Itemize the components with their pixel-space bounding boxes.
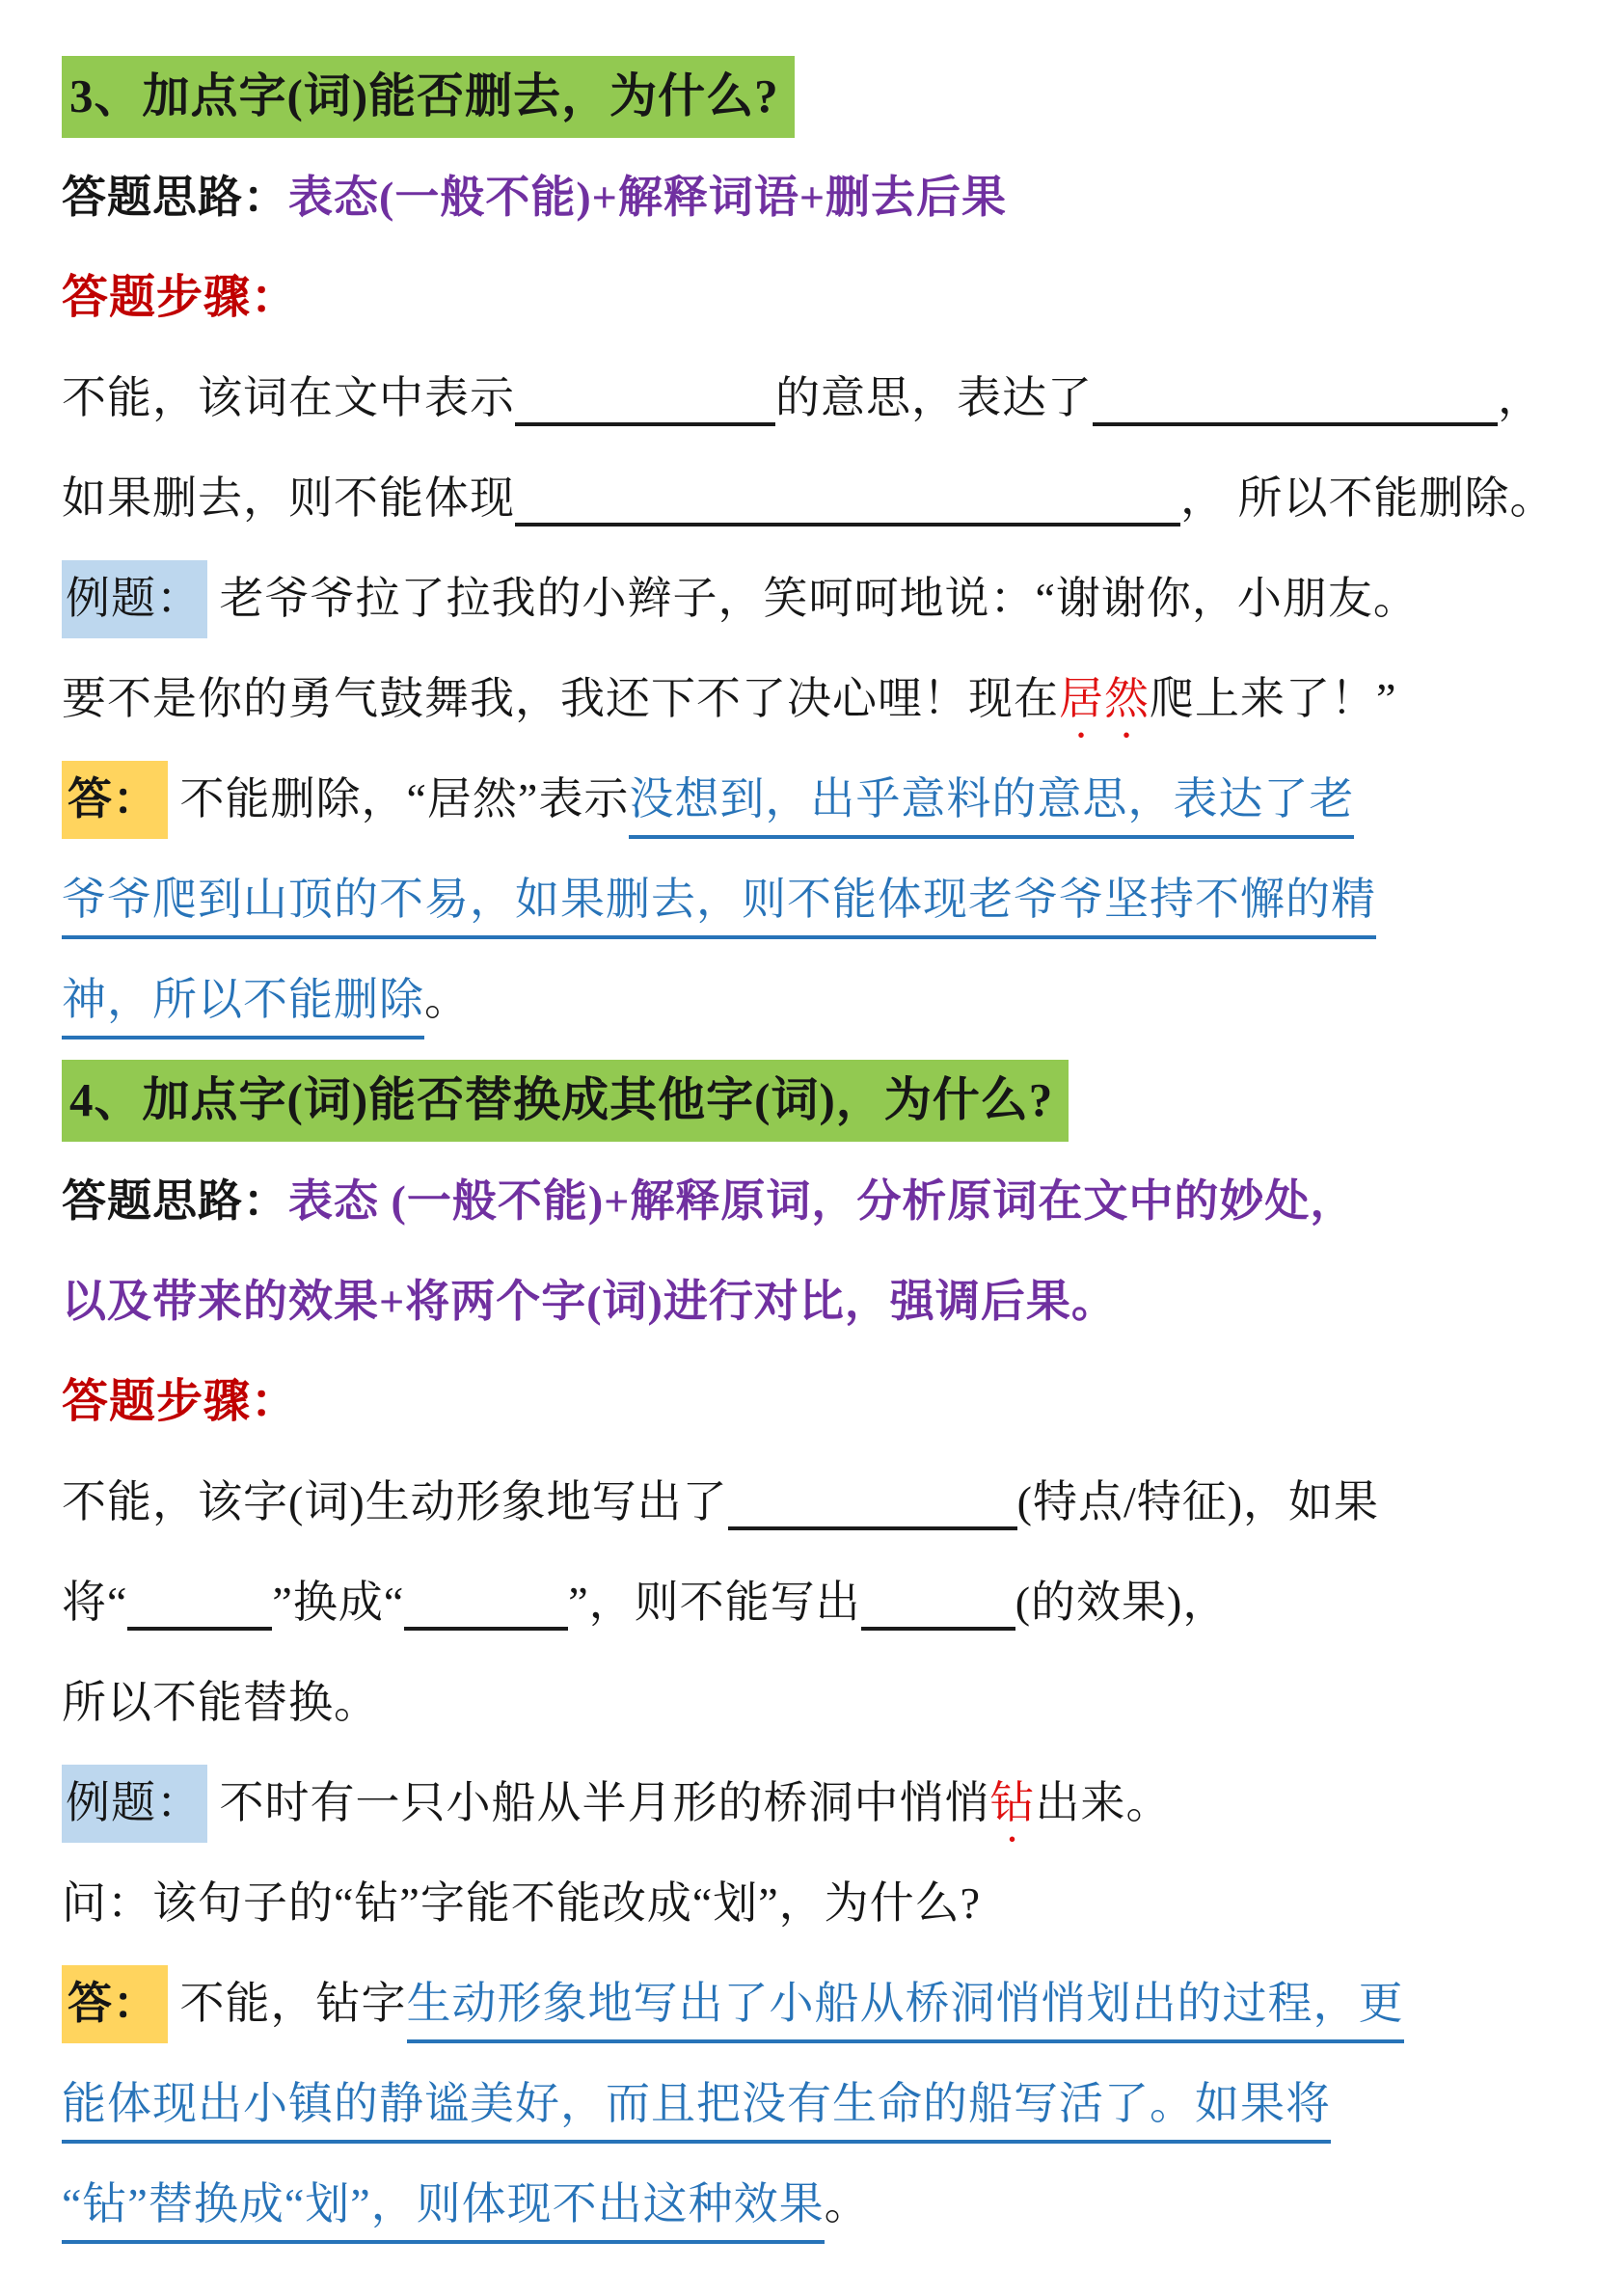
- section-3-heading-line: 3、加点字(词)能否删去，为什么?: [62, 46, 1566, 148]
- idea-text: 以及带来的效果+将两个字(词)进行对比，强调后果。: [62, 1277, 1117, 1326]
- answer-label: 答：: [62, 761, 168, 839]
- answer-label: 答：: [62, 1965, 168, 2043]
- template-text: 如果删去，则不能体现: [62, 473, 515, 523]
- section-4-answer-line-3: “钻”替换成“划”，则体现不出这种效果。: [62, 2154, 1566, 2254]
- section-3-answer-line-1: 答： 不能删除，“居然”表示没想到，出乎意料的意思，表达了老: [62, 749, 1566, 850]
- blank-underline: [404, 1586, 568, 1631]
- question-text: 问：该句子的“钻”字能不能改成“划”，为什么?: [62, 1878, 981, 1928]
- section-3-answer-line-2: 爷爷爬到山顶的不易，如果删去，则不能体现老爷爷坚持不懈的精: [62, 850, 1566, 950]
- answer-end-punctuation: 。: [424, 975, 470, 1024]
- blank-underline: [515, 382, 775, 426]
- template-text: 的意思，表达了: [775, 373, 1093, 422]
- section-3-example-line-2: 要不是你的勇气鼓舞我，我还下不了决心哩！现在居然爬上来了！”: [62, 649, 1566, 749]
- answer-end-punctuation: 。: [825, 2179, 870, 2228]
- template-text: 所以不能替换。: [62, 1678, 379, 1727]
- example-label: 例题：: [62, 1765, 207, 1843]
- template-text: 不能，该字(词)生动形象地写出了: [62, 1477, 728, 1526]
- example-text: 爬上来了！”: [1150, 674, 1396, 723]
- section-4-example-line: 例题： 不时有一只小船从半月形的桥洞中悄悄钻出来。: [62, 1753, 1566, 1853]
- section-3-heading: 3、加点字(词)能否删去，为什么?: [62, 56, 795, 138]
- section-4-heading-line: 4、加点字(词)能否替换成其他字(词)，为什么?: [62, 1050, 1566, 1151]
- section-3-template-line-1: 不能，该词在文中表示的意思，表达了，: [62, 348, 1566, 448]
- section-3-template-line-2: 如果删去，则不能体现， 所以不能删除。: [62, 448, 1566, 549]
- answer-blue-text: 爷爷爬到山顶的不易，如果删去，则不能体现老爷爷坚持不懈的精: [62, 875, 1376, 939]
- answer-intro: 不能删除，“居然”表示: [180, 774, 630, 823]
- example-text: 不时有一只小船从半月形的桥洞中悄悄: [220, 1778, 990, 1827]
- answer-blue-text: 神，所以不能删除: [62, 975, 424, 1039]
- steps-label: 答题步骤：: [62, 272, 298, 323]
- template-text: ”换成“: [272, 1578, 404, 1627]
- answer-blue-text: 能体现出小镇的静谧美好，而且把没有生命的船写活了。如果将: [62, 2079, 1331, 2144]
- blank-underline: [515, 482, 1180, 526]
- template-text: ”，则不能写出: [568, 1578, 860, 1627]
- blank-underline: [1093, 382, 1498, 426]
- blank-underline: [728, 1486, 1017, 1530]
- idea-label: 答题思路：: [62, 173, 288, 222]
- idea-label: 答题思路：: [62, 1176, 288, 1226]
- section-4-answer-line-2: 能体现出小镇的静谧美好，而且把没有生命的船写活了。如果将: [62, 2054, 1566, 2154]
- example-text: 出来。: [1036, 1778, 1172, 1827]
- emphasized-word: 居然: [1059, 674, 1150, 723]
- answer-blue-text: “钻”替换成“划”，则体现不出这种效果: [62, 2179, 825, 2244]
- answer-blue-text: 没想到，出乎意料的意思，表达了老: [629, 774, 1354, 839]
- section-3-idea-line: 答题思路：表态(一般不能)+解释词语+删去后果: [62, 148, 1566, 248]
- section-3-example-line-1: 例题： 老爷爷拉了拉我的小辫子，笑呵呵地说：“谢谢你，小朋友。: [62, 549, 1566, 649]
- section-4-idea-line-1: 答题思路：表态 (一般不能)+解释原词，分析原词在文中的妙处，: [62, 1151, 1566, 1252]
- blank-underline: [127, 1586, 272, 1631]
- section-4-answer-line-1: 答： 不能，钻字生动形象地写出了小船从桥洞悄悄划出的过程，更: [62, 1954, 1566, 2054]
- section-4-template-line-3: 所以不能替换。: [62, 1653, 1566, 1753]
- template-text: ，: [1498, 373, 1543, 422]
- section-3-answer-line-3: 神，所以不能删除。: [62, 950, 1566, 1050]
- worksheet-page: 3、加点字(词)能否删去，为什么? 答题思路：表态(一般不能)+解释词语+删去后…: [0, 0, 1624, 2254]
- emphasized-word: 钻: [990, 1778, 1036, 1827]
- template-text: (特点/特征)，如果: [1017, 1477, 1379, 1526]
- example-label: 例题：: [62, 560, 207, 638]
- template-text: 不能，该词在文中表示: [62, 373, 515, 422]
- answer-blue-text: 生动形象地写出了小船从桥洞悄悄划出的过程，更: [407, 1979, 1404, 2043]
- steps-label: 答题步骤：: [62, 1376, 298, 1427]
- section-4-heading: 4、加点字(词)能否替换成其他字(词)，为什么?: [62, 1060, 1069, 1142]
- template-text: ， 所以不能删除。: [1180, 473, 1556, 523]
- example-text: 老爷爷拉了拉我的小辫子，笑呵呵地说：“谢谢你，小朋友。: [220, 574, 1419, 623]
- section-4-template-line-2: 将“”换成“”，则不能写出(的效果)，: [62, 1552, 1566, 1653]
- answer-intro: 不能，钻字: [180, 1979, 407, 2028]
- example-text: 要不是你的勇气鼓舞我，我还下不了决心哩！现在: [62, 674, 1059, 723]
- section-4-question-line: 问：该句子的“钻”字能不能改成“划”，为什么?: [62, 1853, 1566, 1954]
- idea-text: 表态(一般不能)+解释词语+删去后果: [288, 173, 1007, 222]
- section-4-template-line-1: 不能，该字(词)生动形象地写出了(特点/特征)，如果: [62, 1452, 1566, 1552]
- section-4-idea-line-2: 以及带来的效果+将两个字(词)进行对比，强调后果。: [62, 1252, 1566, 1352]
- blank-underline: [861, 1586, 1015, 1631]
- template-text: 将“: [62, 1578, 127, 1627]
- section-3-steps-label-line: 答题步骤：: [62, 248, 1566, 348]
- section-4-steps-label-line: 答题步骤：: [62, 1352, 1566, 1452]
- idea-text: 表态 (一般不能)+解释原词，分析原词在文中的妙处，: [288, 1176, 1355, 1226]
- template-text: (的效果)，: [1015, 1578, 1229, 1627]
